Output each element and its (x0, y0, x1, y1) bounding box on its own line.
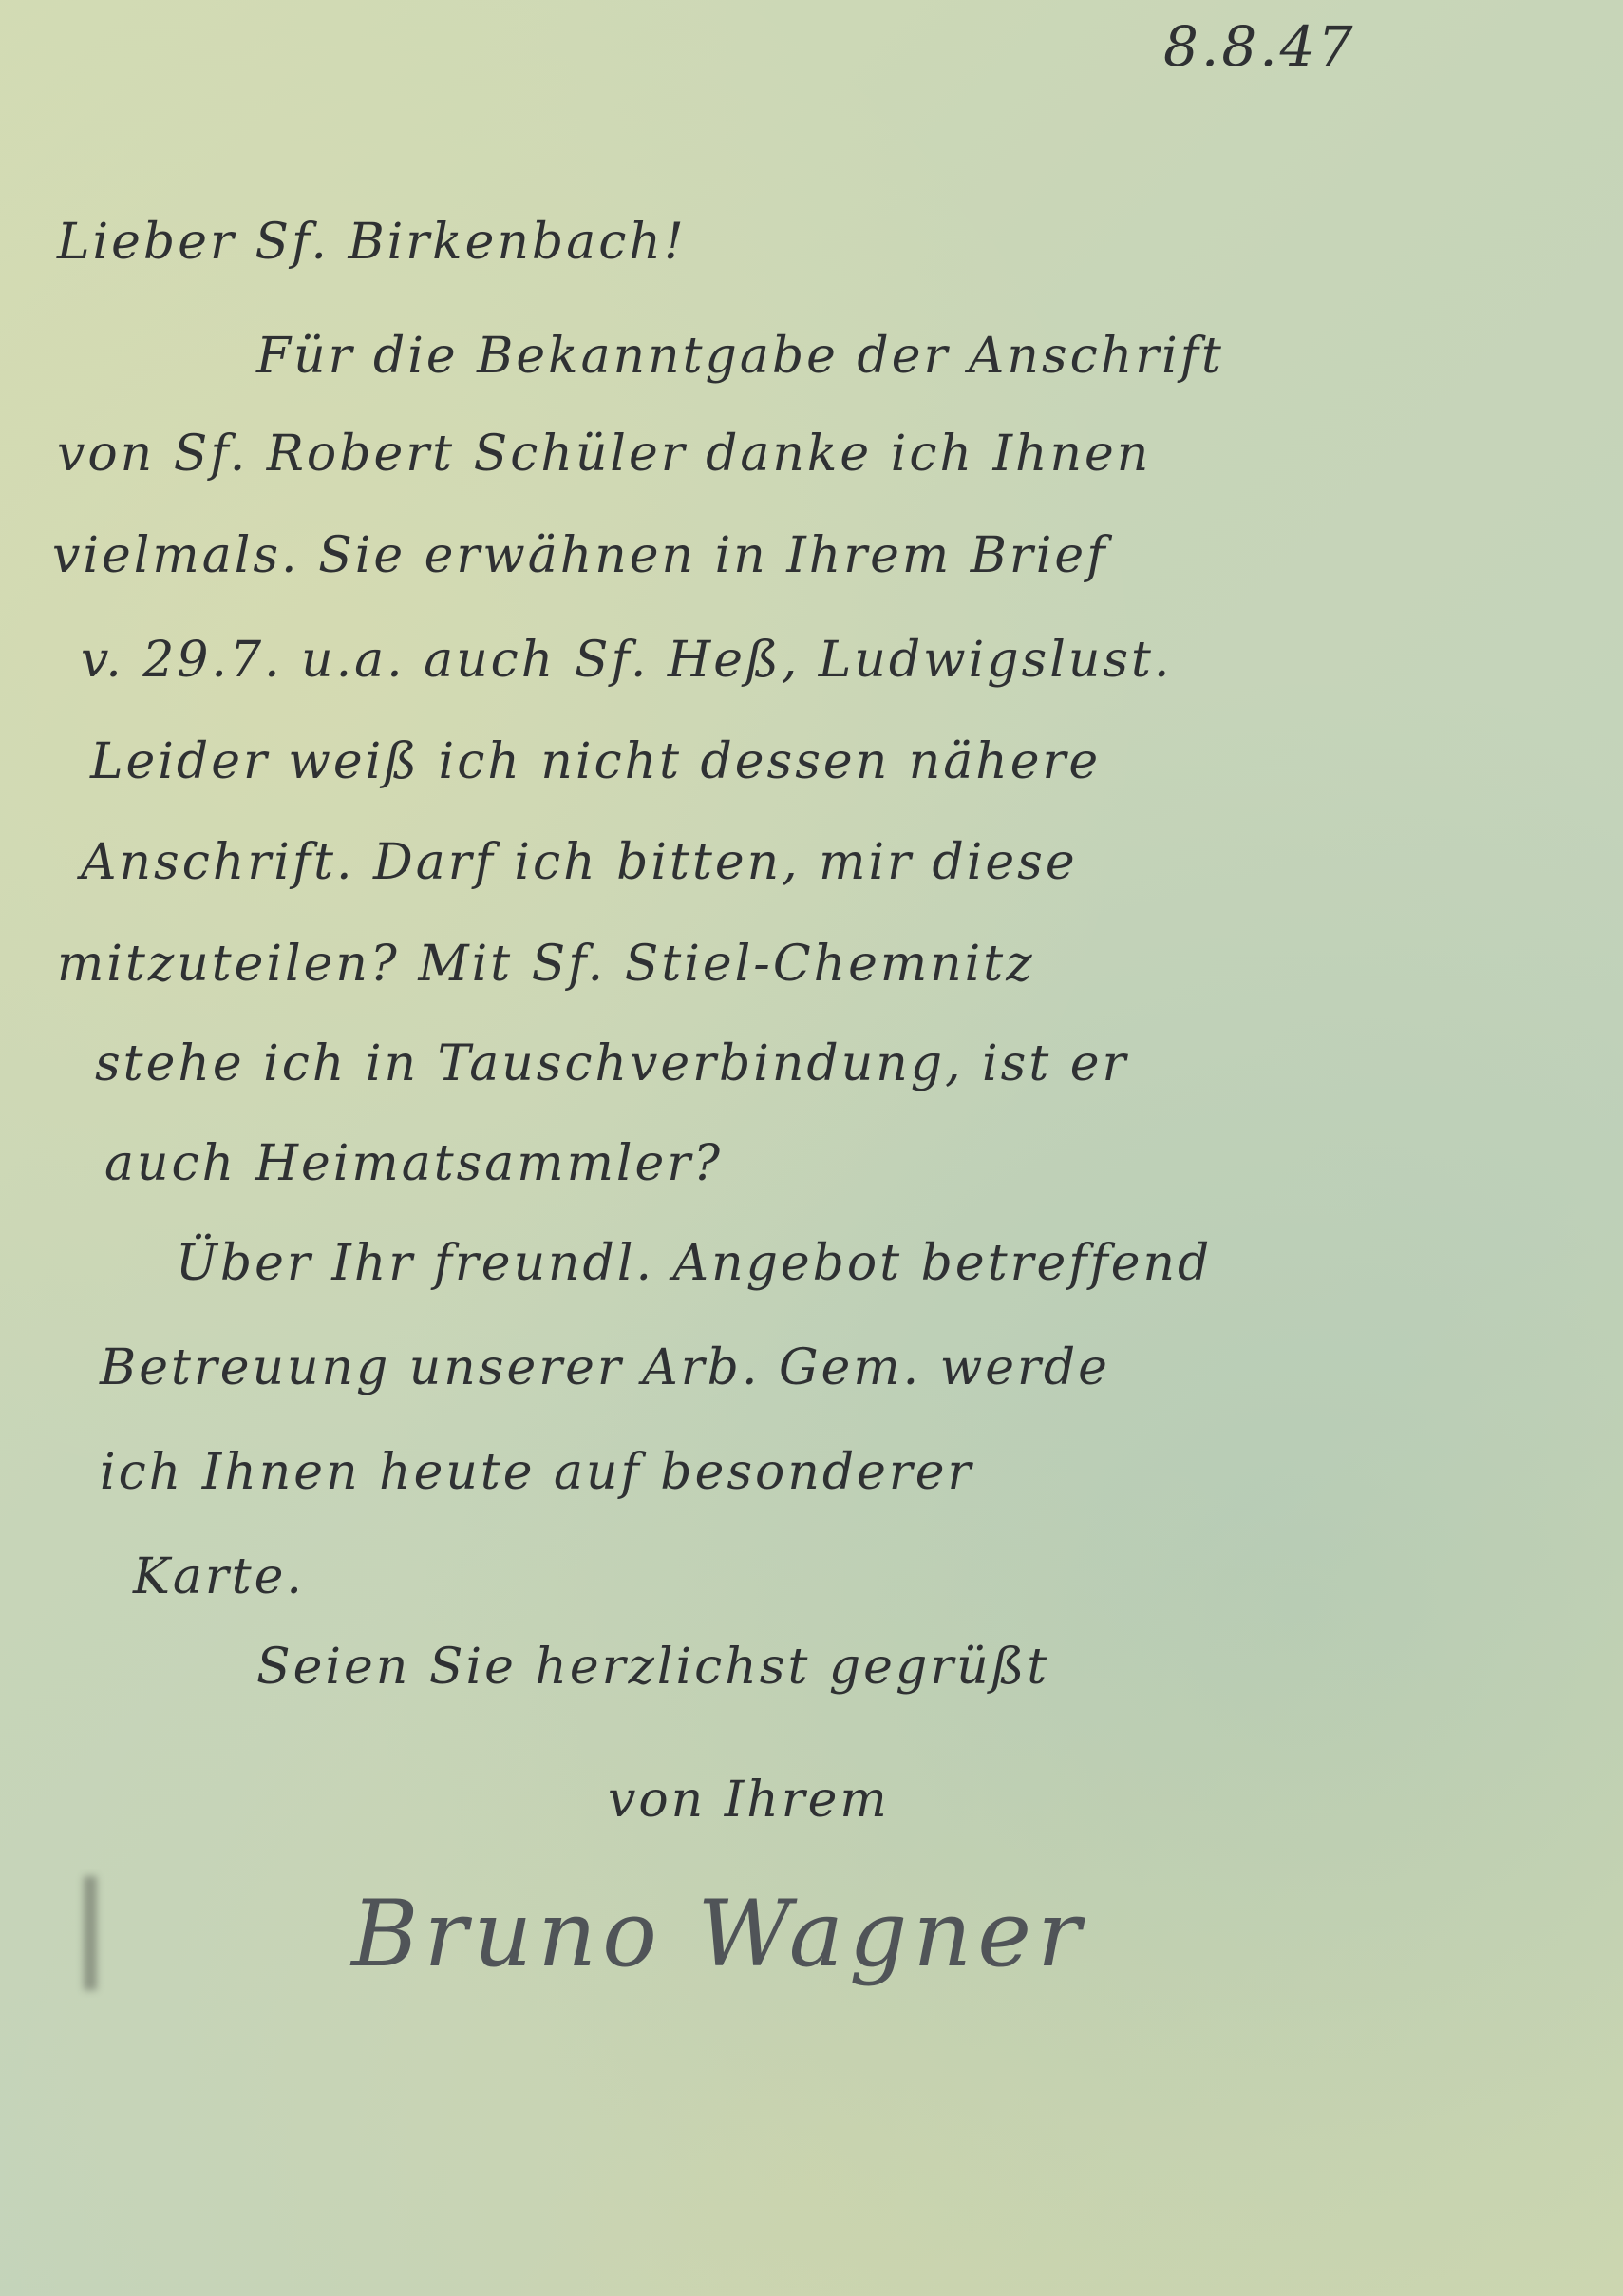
body-line-7: mitzuteilen? Mit Sf. Stiel-Chemnitz (57, 936, 1035, 993)
body-line-13: Karte. (133, 1548, 305, 1605)
closing: Seien Sie herzlichst gegrüßt (256, 1639, 1049, 1696)
signature: Bruno Wagner (351, 1881, 1086, 1987)
body-line-12: ich Ihnen heute auf besonderer (100, 1444, 973, 1501)
body-line-9: auch Heimatsammler? (104, 1135, 723, 1192)
body-line-6: Anschrift. Darf ich bitten, mir diese (81, 834, 1078, 891)
ink-smudge (84, 1876, 97, 1990)
closing-from: von Ihrem (608, 1772, 890, 1829)
body-line-3: vielmals. Sie erwähnen in Ihrem Brief (52, 527, 1107, 584)
letter-date: 8.8.47 (1163, 14, 1355, 79)
body-line-1: Für die Bekanntgabe der Anschrift (256, 328, 1224, 385)
handwritten-letter: 8.8.47 Lieber Sf. Birkenbach! Für die Be… (0, 0, 1623, 2296)
body-line-2: von Sf. Robert Schüler danke ich Ihnen (57, 426, 1151, 483)
body-line-8: stehe ich in Tauschverbindung, ist er (95, 1035, 1128, 1092)
body-line-11: Betreuung unserer Arb. Gem. werde (100, 1339, 1110, 1396)
body-line-5: Leider weiß ich nicht dessen nähere (90, 733, 1101, 790)
salutation: Lieber Sf. Birkenbach! (57, 214, 687, 271)
body-line-4: v. 29.7. u.a. auch Sf. Heß, Ludwigslust. (81, 632, 1172, 689)
body-line-10: Über Ihr freundl. Angebot betreffend (176, 1235, 1212, 1292)
